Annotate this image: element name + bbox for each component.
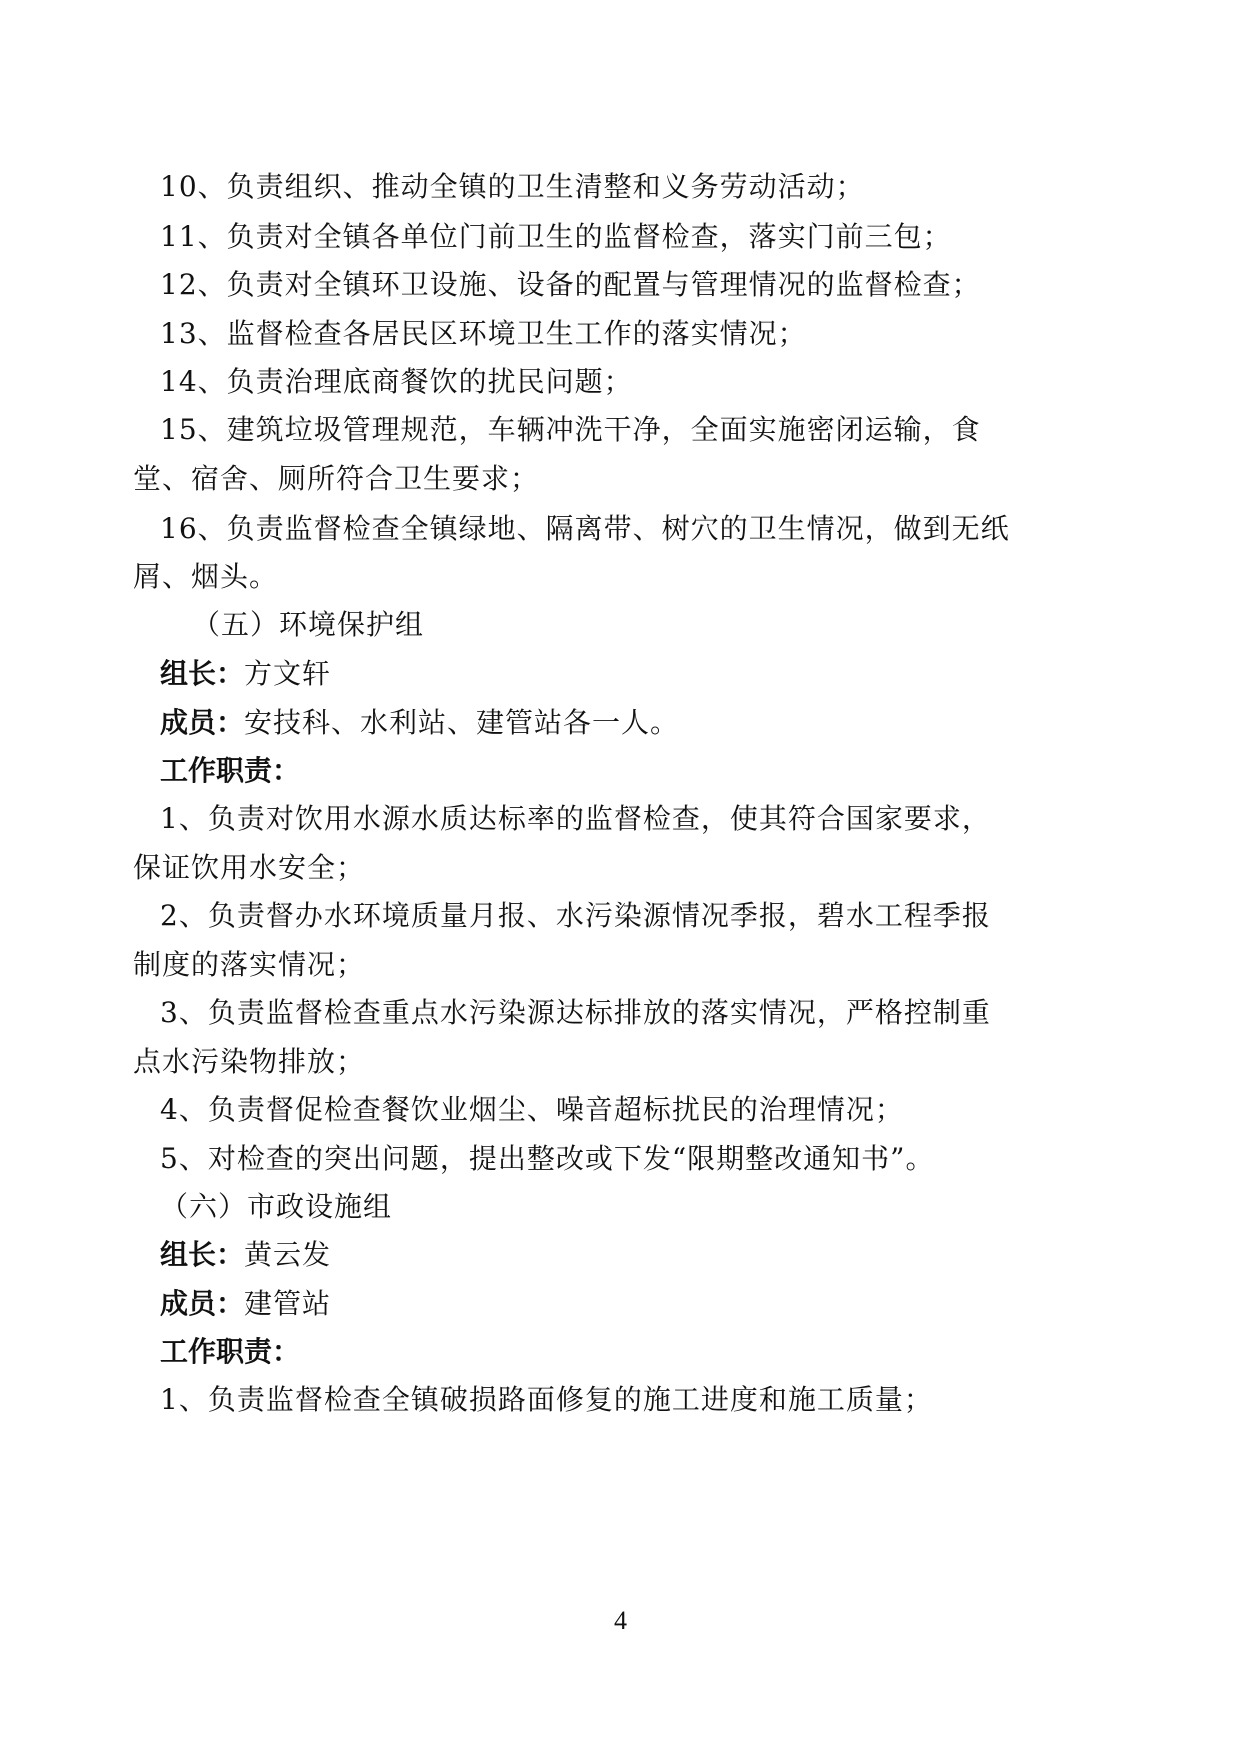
duty-item: 2、负责督办水环境质量月报、水污染源情况季报，碧水工程季报	[160, 899, 991, 933]
section-heading: （六）市政设施组	[160, 1190, 392, 1224]
list-item: 12、负责对全镇环卫设施、设备的配置与管理情况的监督检查；	[160, 268, 981, 302]
duty-item-continuation: 制度的落实情况；	[133, 948, 365, 982]
members-value: 安技科、水利站、建管站各一人。	[244, 706, 679, 739]
leader-row: 组长：方文轩	[160, 657, 331, 691]
leader-name: 方文轩	[244, 657, 331, 690]
list-item: 15、建筑垃圾管理规范，车辆冲洗干净，全面实施密闭运输，食	[160, 413, 981, 447]
leader-name: 黄云发	[244, 1238, 331, 1271]
section-heading: （五）环境保护组	[192, 608, 424, 642]
duty-item-continuation: 点水污染物排放；	[133, 1045, 365, 1079]
members-row: 成员：安技科、水利站、建管站各一人。	[160, 706, 679, 740]
members-value: 建管站	[244, 1287, 331, 1320]
members-row: 成员：建管站	[160, 1287, 331, 1321]
section-heading-text: （六）市政设施组	[160, 1190, 392, 1223]
duty-item-continuation: 保证饮用水安全；	[133, 851, 365, 885]
members-label: 成员：	[160, 1287, 244, 1320]
list-item-continuation: 屑、烟头。	[133, 560, 278, 594]
duties-label: 工作职责：	[160, 754, 300, 788]
members-label: 成员：	[160, 706, 244, 739]
duty-item: 1、负责对饮用水源水质达标率的监督检查，使其符合国家要求，	[160, 802, 991, 836]
duty-item: 3、负责监督检查重点水污染源达标排放的落实情况，严格控制重	[160, 996, 991, 1030]
duty-item: 5、对检查的突出问题，提出整改或下发“限期整改通知书”。	[160, 1142, 934, 1176]
leader-label: 组长：	[160, 657, 244, 690]
duties-label: 工作职责：	[160, 1335, 300, 1369]
list-item: 16、负责监督检查全镇绿地、隔离带、树穴的卫生情况，做到无纸	[160, 512, 1010, 546]
page-number: 4	[0, 1606, 1241, 1636]
leader-row: 组长：黄云发	[160, 1238, 331, 1272]
duty-item: 4、负责督促检查餐饮业烟尘、噪音超标扰民的治理情况；	[160, 1093, 904, 1127]
list-item-continuation: 堂、宿舍、厕所符合卫生要求；	[133, 462, 539, 496]
list-item: 14、负责治理底商餐饮的扰民问题；	[160, 365, 633, 399]
list-item: 13、监督检查各居民区环境卫生工作的落实情况；	[160, 317, 807, 351]
document-page: 10、负责组织、推动全镇的卫生清整和义务劳动活动； 11、负责对全镇各单位门前卫…	[0, 0, 1241, 1754]
list-item: 10、负责组织、推动全镇的卫生清整和义务劳动活动；	[160, 170, 865, 204]
leader-label: 组长：	[160, 1238, 244, 1271]
list-item: 11、负责对全镇各单位门前卫生的监督检查，落实门前三包；	[160, 220, 952, 254]
duty-item: 1、负责监督检查全镇破损路面修复的施工进度和施工质量；	[160, 1383, 933, 1417]
